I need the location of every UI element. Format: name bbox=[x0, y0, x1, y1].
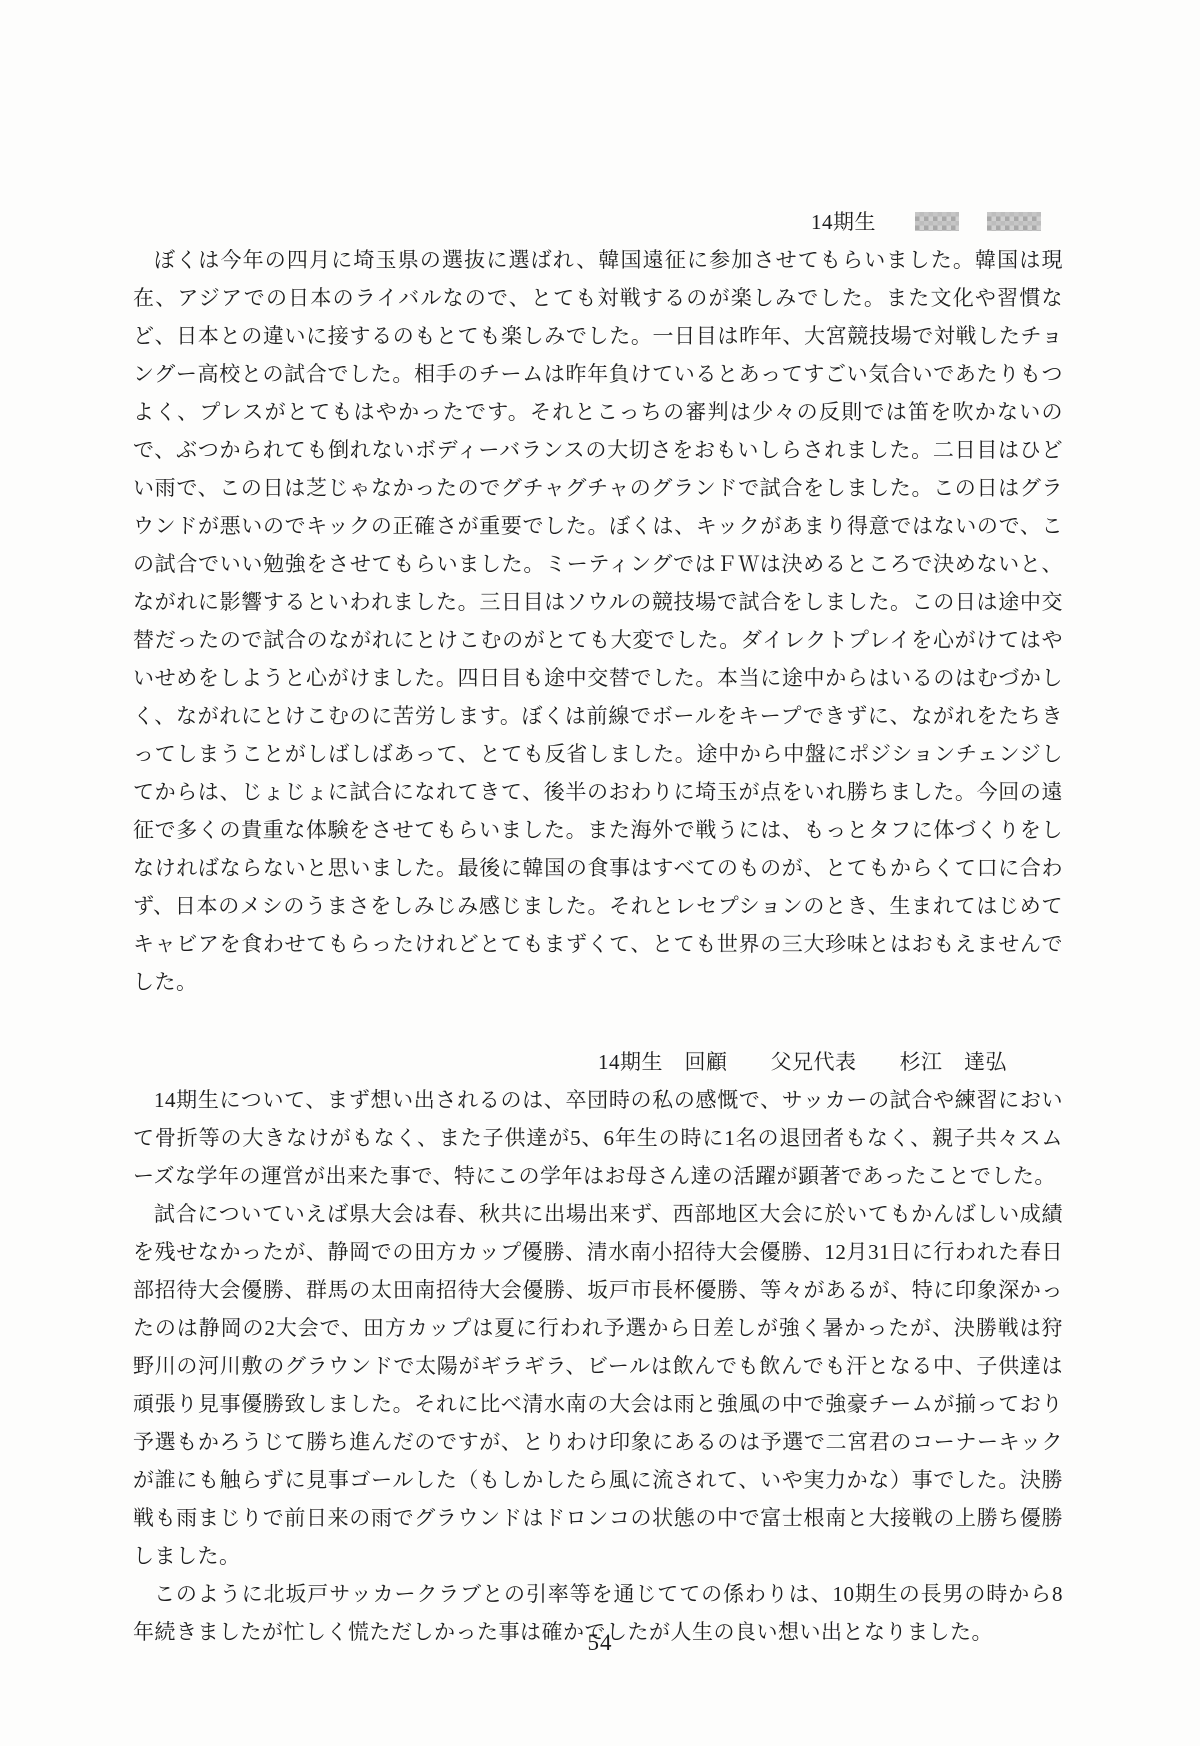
essay1-paragraph: ぼくは今年の四月に埼玉県の選抜に選ばれ、韓国遠征に参加させてもらいました。韓国は… bbox=[133, 241, 1063, 1001]
redacted-author-surname-block bbox=[915, 212, 959, 231]
scanned-document-page: 14期生 ぼくは今年の四月に埼玉県の選抜に選ばれ、韓国遠征に参加させてもらいまし… bbox=[0, 0, 1200, 1746]
redacted-author-givenname-block bbox=[987, 212, 1041, 231]
essay2-paragraph-1: 14期生について、まず想い出されるのは、卒団時の私の感慨で、サッカーの試合や練習… bbox=[133, 1081, 1063, 1195]
essay2-heading: 14期生 回顧 父兄代表 杉江 達弘 bbox=[598, 1043, 1063, 1081]
page-content: 14期生 ぼくは今年の四月に埼玉県の選抜に選ばれ、韓国遠征に参加させてもらいまし… bbox=[133, 203, 1063, 1651]
essay1-class-label: 14期生 bbox=[811, 210, 876, 234]
essay1-heading: 14期生 bbox=[811, 203, 1063, 241]
page-number: 54 bbox=[0, 1630, 1200, 1656]
essay2-paragraph-2: 試合についていえば県大会は春、秋共に出場出来ず、西部地区大会に於いてもかんばしい… bbox=[133, 1195, 1063, 1575]
